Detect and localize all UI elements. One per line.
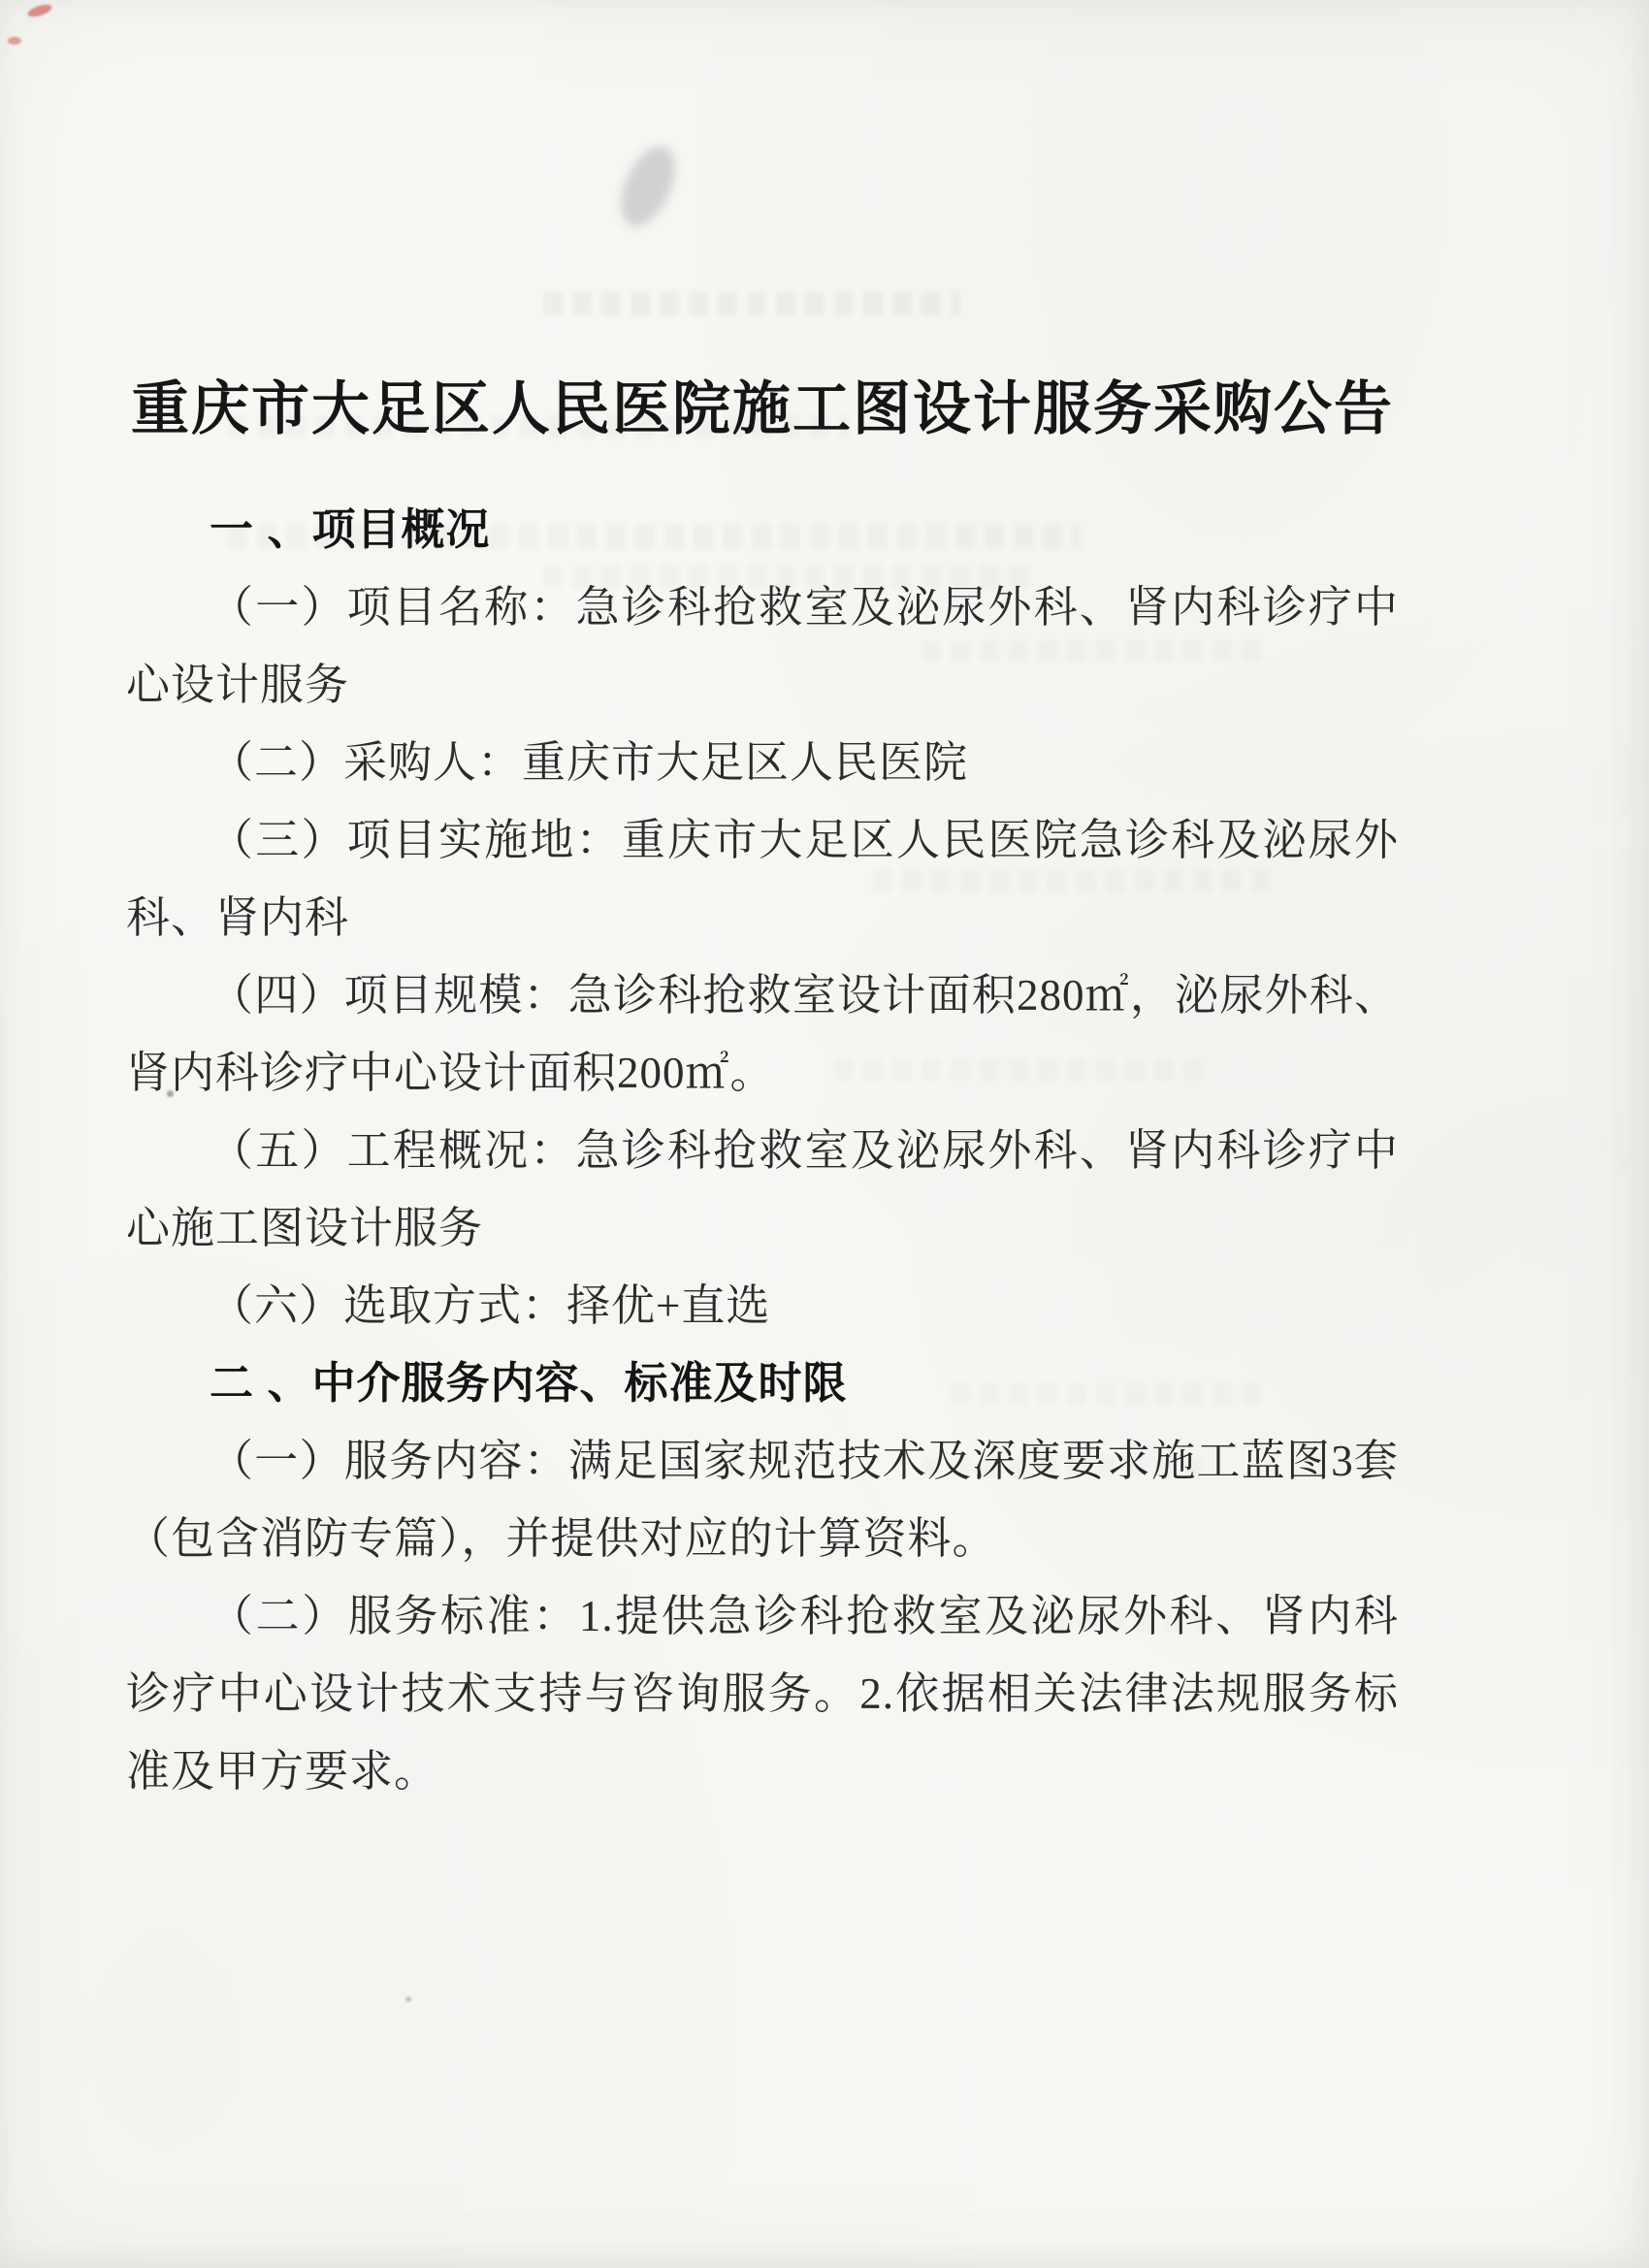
document-content: 重庆市大足区人民医院施工图设计服务采购公告 一 、项目概况 （一）项目名称：急诊… <box>126 367 1399 1810</box>
scanned-document-page: 重庆市大足区人民医院施工图设计服务采购公告 一 、项目概况 （一）项目名称：急诊… <box>0 0 1649 2268</box>
para-purchaser: （二）采购人：重庆市大足区人民医院 <box>126 724 1399 801</box>
para-project-name: （一）项目名称：急诊科抢救室及泌尿外科、肾内科诊疗中心设计服务 <box>126 568 1399 724</box>
red-ink-speck <box>26 2 53 19</box>
red-ink-speck <box>8 37 21 45</box>
document-body: 一 、项目概况 （一）项目名称：急诊科抢救室及泌尿外科、肾内科诊疗中心设计服务 … <box>126 491 1399 1810</box>
para-project-scale: （四）项目规模：急诊科抢救室设计面积280㎡，泌尿外科、肾内科诊疗中心设计面积2… <box>126 956 1399 1112</box>
para-project-location: （三）项目实施地：重庆市大足区人民医院急诊科及泌尿外科、肾内科 <box>126 801 1399 956</box>
document-title: 重庆市大足区人民医院施工图设计服务采购公告 <box>126 367 1399 452</box>
bleed-through-mark <box>543 291 960 316</box>
scan-smudge <box>610 138 686 234</box>
para-project-profile: （五）工程概况：急诊科抢救室及泌尿外科、肾内科诊疗中心施工图设计服务 <box>126 1112 1399 1267</box>
section-heading-service-content: 二 、中介服务内容、标准及时限 <box>126 1345 1399 1422</box>
para-service-content: （一）服务内容：满足国家规范技术及深度要求施工蓝图3套（包含消防专篇），并提供对… <box>126 1422 1399 1577</box>
section-heading-project-overview: 一 、项目概况 <box>126 491 1399 568</box>
para-selection-method: （六）选取方式：择优+直选 <box>126 1267 1399 1345</box>
para-service-standard: （二）服务标准：1.提供急诊科抢救室及泌尿外科、肾内科诊疗中心设计技术支持与咨询… <box>126 1577 1399 1810</box>
ink-speck <box>405 1996 411 2002</box>
